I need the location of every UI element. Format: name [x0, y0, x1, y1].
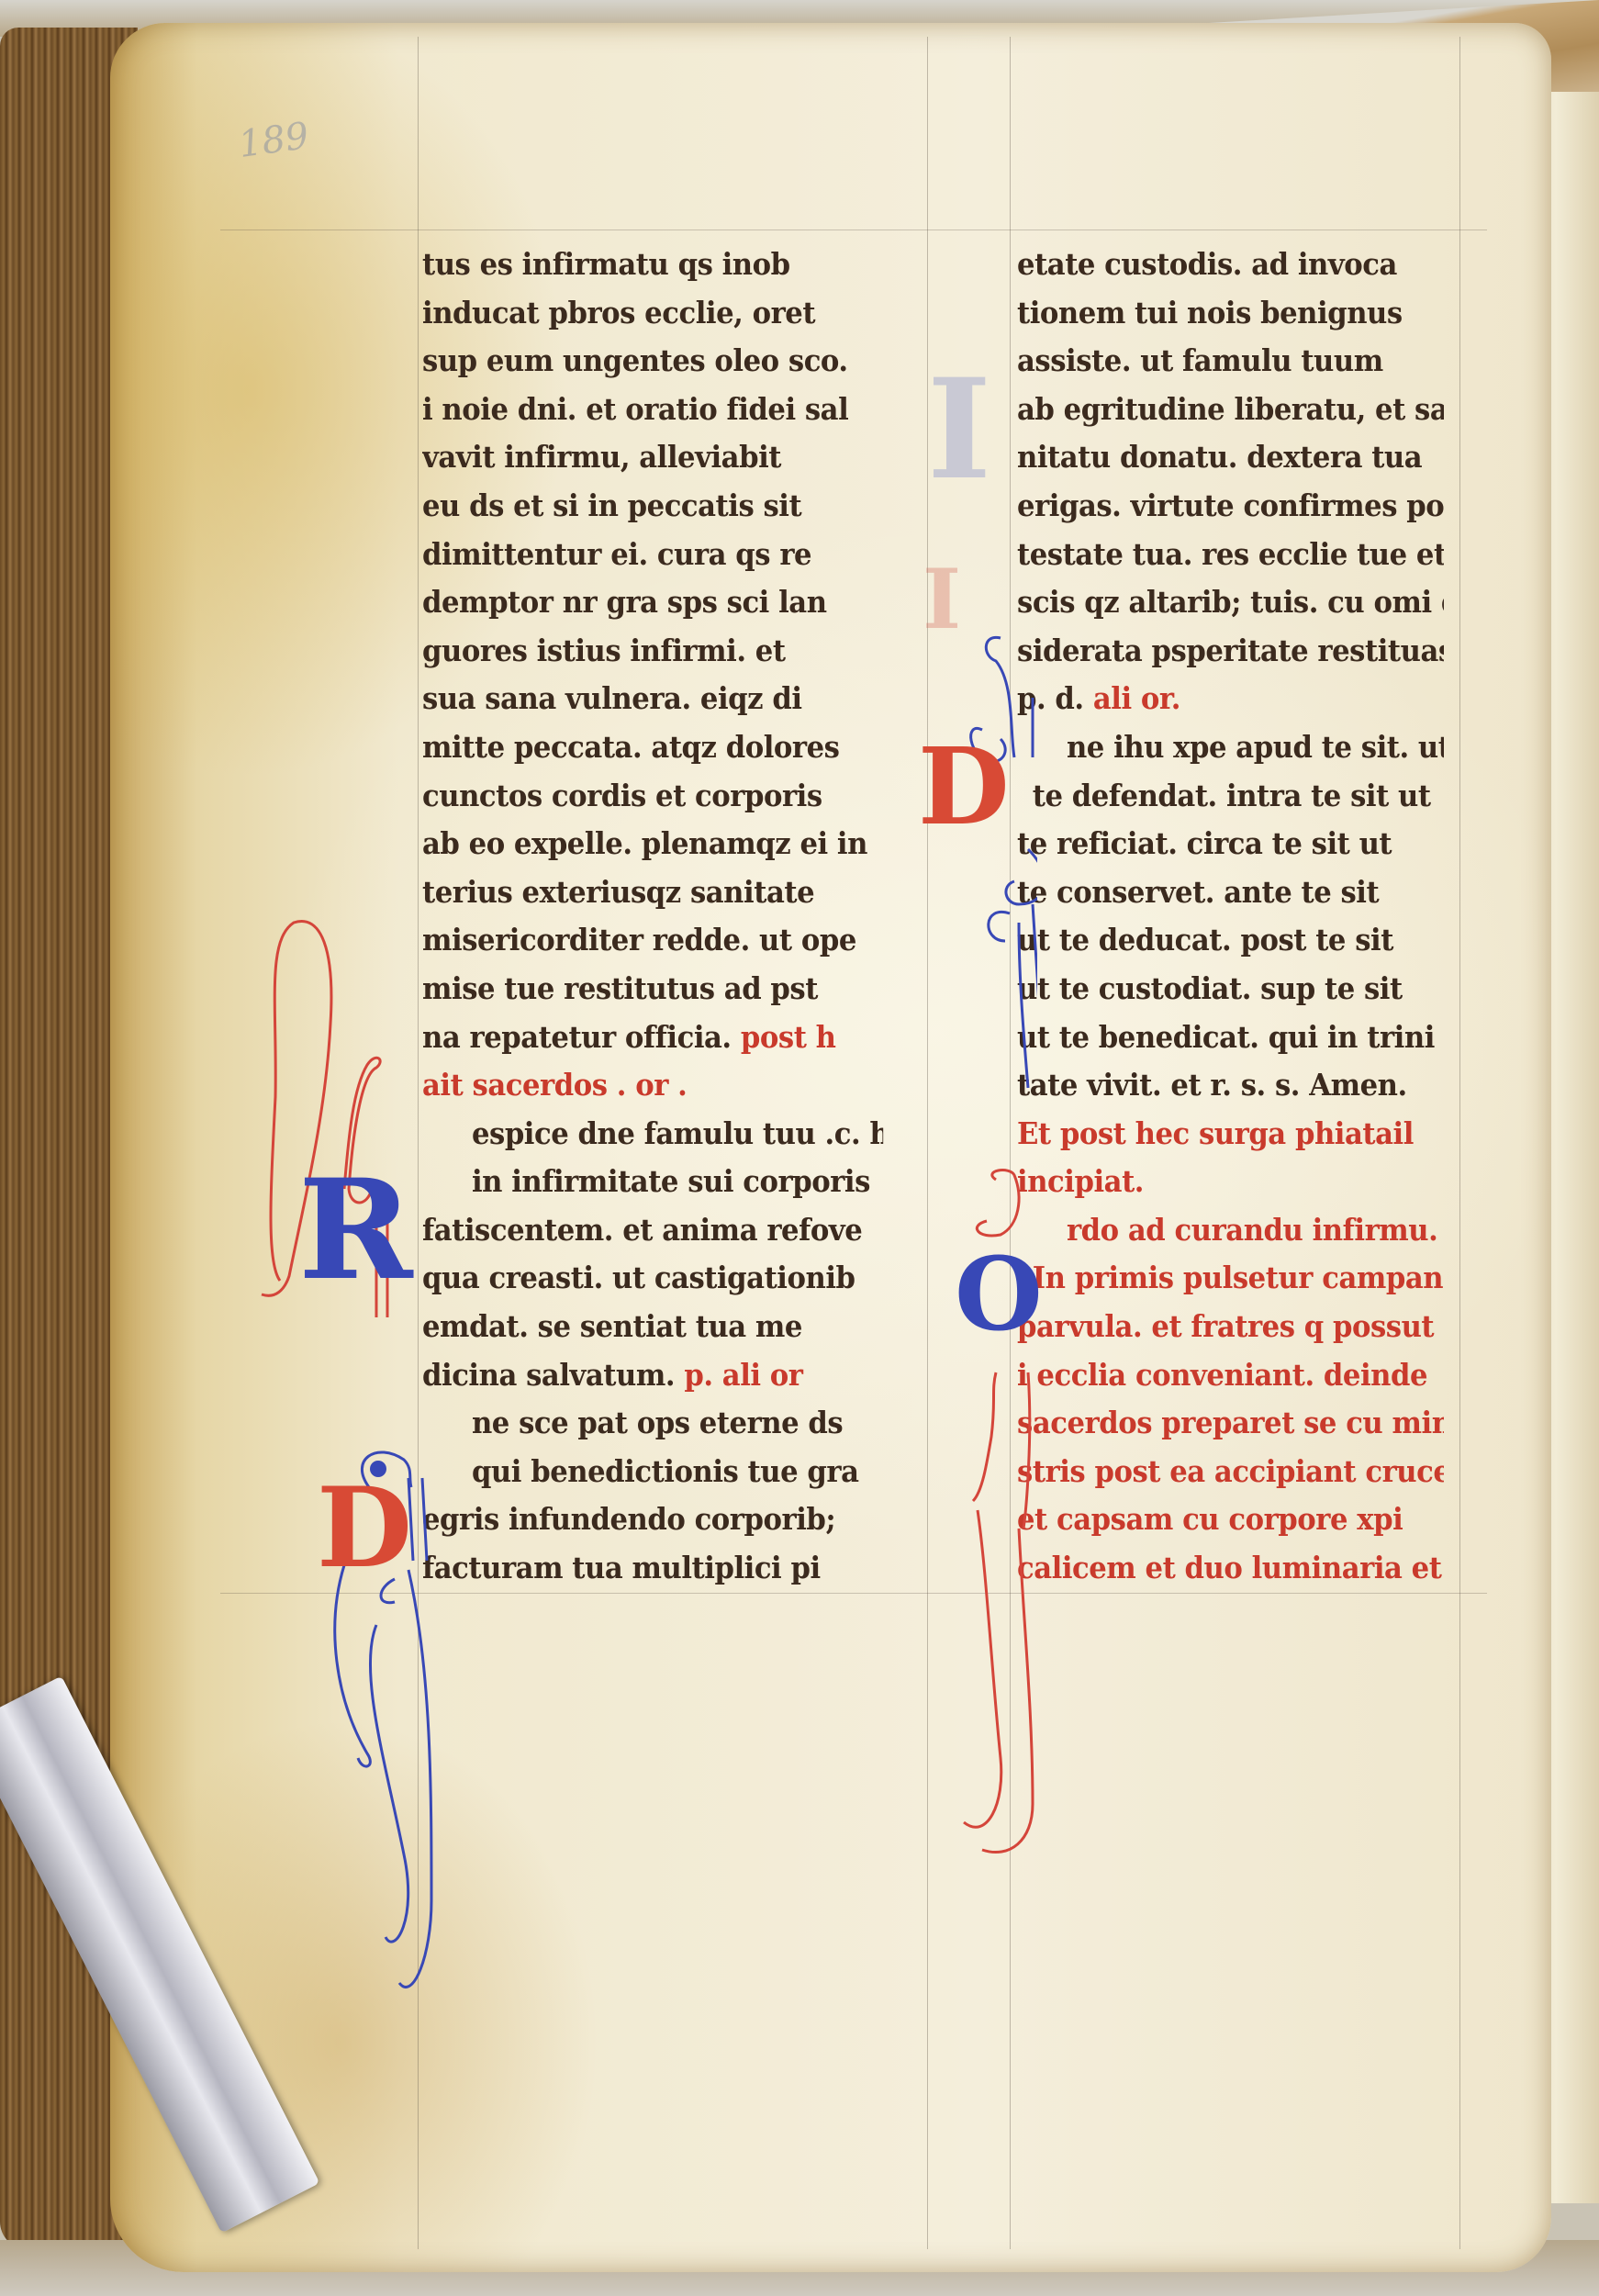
initial-o: O — [955, 1244, 1043, 1345]
text-line: te conservet. ante te sit — [1017, 868, 1444, 917]
text-line: qui benedictionis tue gra — [422, 1448, 883, 1496]
rubric-line: rdo ad curandu infirmu. — [1017, 1206, 1444, 1255]
text-line: siderata psperitate restituas. — [1017, 627, 1444, 676]
text-line: espice dne famulu tuu .c. h. — [422, 1110, 883, 1159]
text-segment: na repatetur officia. — [422, 1019, 732, 1055]
text-line: scis qz altarib; tuis. cu omi de — [1017, 578, 1444, 627]
text-line: terius exteriusqz sanitate — [422, 868, 883, 917]
text-line: mise tue restitutus ad pst — [422, 965, 883, 1014]
rubric-segment: p. ali or — [684, 1357, 802, 1393]
text-line: egris infundendo corporib; — [422, 1495, 883, 1544]
text-line: tate vivit. et r. s. s. Amen. — [1017, 1061, 1444, 1110]
initial-r: R — [298, 1161, 413, 1299]
text-line: nitatu donatu. dextera tua — [1017, 433, 1444, 482]
text-line: sup eum ungentes oleo sco. — [422, 337, 883, 386]
text-line: assiste. ut famulu tuum — [1017, 337, 1444, 386]
text-line: p. d. ali or. — [1017, 675, 1444, 723]
text-segment: dicina salvatum. — [422, 1357, 675, 1393]
text-line: ne sce pat ops eterne ds — [422, 1399, 883, 1448]
text-line: qua creasti. ut castigationib — [422, 1254, 883, 1303]
rubric-line: calicem et duo luminaria et — [1017, 1544, 1444, 1593]
right-column: etate custodis. ad invoca tionem tui noi… — [1017, 241, 1476, 1593]
rubric-line: Et post hec surga phiatail — [1017, 1110, 1444, 1159]
rubric-line: et capsam cu corpore xpi — [1017, 1495, 1444, 1544]
rubric-segment: post h — [741, 1019, 836, 1055]
text-line: tionem tui nois benignus — [1017, 289, 1444, 338]
text-line: demptor nr gra sps sci lan — [422, 578, 883, 627]
rubric-line: ait sacerdos . or . — [422, 1061, 883, 1110]
text-line: misericorditer redde. ut ope — [422, 916, 883, 965]
left-column: tus es infirmatu qs inob inducat pbros e… — [422, 241, 918, 1593]
text-line: ut te deducat. post te sit — [1017, 916, 1444, 965]
text-line: inducat pbros ecclie, oret — [422, 289, 883, 338]
rubric-line: parvula. et fratres q possut — [1017, 1303, 1444, 1351]
text-line: dicina salvatum. p. ali or — [422, 1351, 883, 1400]
rubric-segment: ali or. — [1093, 680, 1180, 716]
text-line: in infirmitate sui corporis — [422, 1158, 883, 1206]
text-line: te defendat. intra te sit ut — [1017, 772, 1444, 821]
text-line: dimittentur ei. cura qs re — [422, 531, 883, 579]
initial-d-left: D — [317, 1473, 412, 1584]
text-line: ne ihu xpe apud te sit. ut — [1017, 723, 1444, 772]
text-line: testate tua. res ecclie tue et — [1017, 531, 1444, 579]
rubric-line: incipiat. — [1017, 1158, 1444, 1206]
text-line: emdat. se sentiat tua me — [422, 1303, 883, 1351]
text-line: eu ds et si in peccatis sit — [422, 482, 883, 531]
text-line: fatiscentem. et anima refove — [422, 1206, 883, 1255]
text-line: guores istius infirmi. et — [422, 627, 883, 676]
text-line: i noie dni. et oratio fidei sal — [422, 386, 883, 434]
ghost-initial-blue: I — [927, 349, 991, 510]
text-line: ab egritudine liberatu, et sa — [1017, 386, 1444, 434]
text-line: cunctos cordis et corporis — [422, 772, 883, 821]
text-line: tus es infirmatu qs inob — [422, 241, 883, 289]
text-line: ut te custodiat. sup te sit — [1017, 965, 1444, 1014]
rubric-line: In primis pulsetur campana — [1017, 1254, 1444, 1303]
text-line: etate custodis. ad invoca — [1017, 241, 1444, 289]
text-line: te reficiat. circa te sit ut — [1017, 820, 1444, 868]
rubric-line: i ecclia conveniant. deinde — [1017, 1351, 1444, 1400]
rubric-line: stris post ea accipiant crucem — [1017, 1448, 1444, 1496]
text-line: erigas. virtute confirmes po — [1017, 482, 1444, 531]
text-line: ab eo expelle. plenamqz ei in — [422, 820, 883, 868]
text-line: vavit infirmu, alleviabit — [422, 433, 883, 482]
text-line: na repatetur officia. post h — [422, 1014, 883, 1062]
penwork-flourish-d-right — [927, 629, 1037, 1106]
text-line: sua sana vulnera. eiqz di — [422, 675, 883, 723]
text-line: facturam tua multiplici pi — [422, 1544, 883, 1593]
initial-d-right: D — [918, 734, 1010, 840]
text-line: mitte peccata. atqz dolores — [422, 723, 883, 772]
rubric-line: sacerdos preparet se cu mini — [1017, 1399, 1444, 1448]
text-line: ut te benedicat. qui in trini — [1017, 1014, 1444, 1062]
